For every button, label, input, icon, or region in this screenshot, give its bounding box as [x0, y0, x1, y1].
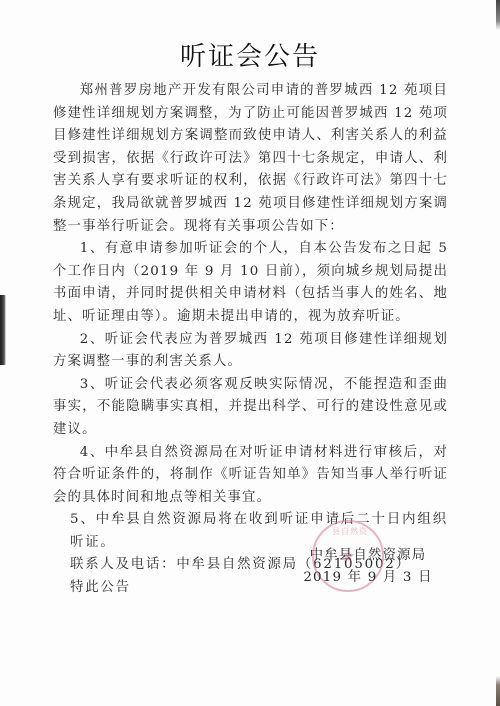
- seal-text: 县自然资: [322, 526, 378, 537]
- document-page: 听证会公告 郑州普罗房地产开发有限公司申请的普罗城西 12 苑项目修建性详细规划…: [0, 0, 500, 706]
- item-3-paragraph: 3、听证会代表必须客观反映实际情况，不能捏造和歪曲事实，不能隐瞒事实真相，并提出…: [53, 374, 448, 442]
- item-4-paragraph: 4、中牟县自然资源局在对听证申请材料进行审核后，对符合听证条件的，将制作《听证告…: [53, 442, 448, 510]
- issuer-name: 中牟县自然资源局: [298, 545, 438, 567]
- page-edge-shadow-right-top: [496, 0, 500, 30]
- document-title: 听证会公告: [0, 36, 500, 73]
- item-2-paragraph: 2、听证会代表应为普罗城西 12 苑项目修建性详细规划方案调整一事的利害关系人。: [53, 329, 448, 374]
- document-body: 郑州普罗房地产开发有限公司申请的普罗城西 12 苑项目修建性详细规划方案调整，为…: [53, 80, 448, 600]
- intro-paragraph: 郑州普罗房地产开发有限公司申请的普罗城西 12 苑项目修建性详细规划方案调整，为…: [53, 80, 448, 238]
- signature-block: 中牟县自然资源局 2019 年 9 月 3 日: [298, 545, 438, 589]
- page-edge-shadow-right-bottom: [496, 676, 500, 706]
- item-1-paragraph: 1、有意申请参加听证会的个人，自本公告发布之日起 5 个工作日内（2019 年 …: [53, 238, 448, 328]
- page-edge-shadow-left: [0, 295, 6, 365]
- issue-date: 2019 年 9 月 3 日: [298, 567, 438, 589]
